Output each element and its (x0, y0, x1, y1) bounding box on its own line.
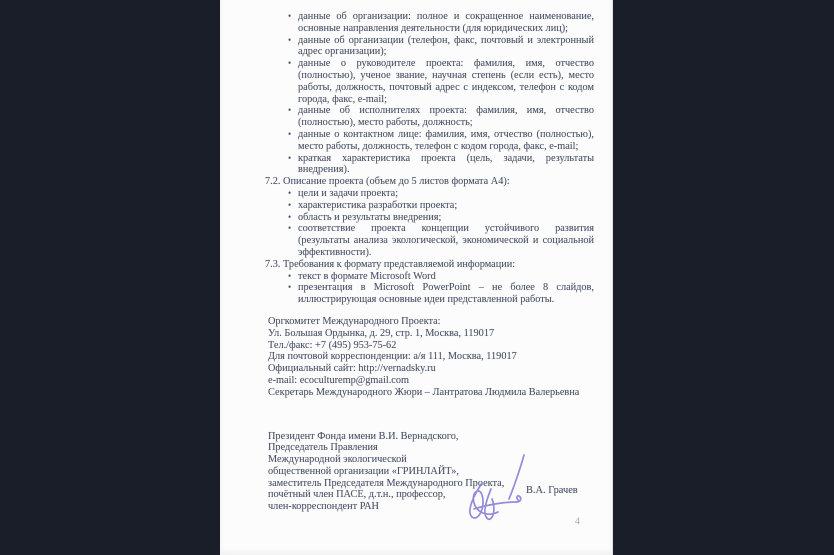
handwritten-signature-icon (458, 451, 536, 523)
contact-line: Ул. Большая Ордынка, д. 29, стр. 1, Моск… (268, 328, 594, 340)
bullet-marker-icon: • (288, 153, 291, 165)
list-item: •краткая характеристика проекта (цель, з… (288, 153, 594, 177)
list-item-text: область и результаты внедрения; (298, 212, 441, 223)
signatory-line: Международной экологической (268, 454, 594, 466)
list-item: •данные об организации: полное и сокраще… (288, 11, 594, 35)
bullet-marker-icon: • (288, 200, 291, 212)
contact-line: Тел./факс: +7 (495) 953-75-62 (268, 340, 594, 352)
requirements-list: •данные об организации: полное и сокраще… (265, 11, 594, 176)
signatory-line: член-корреспондент РАН (268, 501, 594, 513)
page-number: 4 (575, 517, 580, 527)
list-item-text: характеристика разработки проекта; (298, 200, 457, 211)
list-item: •цели и задачи проекта; (288, 188, 594, 200)
signatory-line: Президент Фонда имени В.И. Вернадского, (268, 431, 594, 443)
list-item-text: данные о контактном лице: фамилия, имя, … (298, 129, 594, 152)
viewer-backdrop: •данные об организации: полное и сокраще… (0, 0, 834, 555)
signatory-line: Председатель Правления (268, 442, 594, 454)
list-item: •данные об исполнителях проекта: фамилия… (288, 105, 594, 129)
section-7-3-list: •текст в формате Microsoft Word •презент… (265, 271, 594, 306)
section-7-2-heading: 7.2. Описание проекта (объем до 5 листов… (265, 176, 594, 188)
bullet-marker-icon: • (288, 129, 291, 141)
bullet-marker-icon: • (288, 58, 291, 70)
signer-name: В.А. Грачев (526, 485, 578, 496)
list-item-text: текст в формате Microsoft Word (298, 271, 436, 282)
list-item: •область и результаты внедрения; (288, 212, 594, 224)
list-item-text: краткая характеристика проекта (цель, за… (298, 153, 594, 176)
bullet-marker-icon: • (288, 271, 291, 283)
bullet-marker-icon: • (288, 188, 291, 200)
list-item: •презентация в Microsoft PowerPoint – не… (288, 282, 594, 306)
contact-line: Секретарь Международного Жюри – Лантрато… (268, 387, 594, 399)
list-item: •текст в формате Microsoft Word (288, 271, 594, 283)
bullet-marker-icon: • (288, 282, 291, 294)
signatory-block: Президент Фонда имени В.И. Вернадского, … (268, 431, 594, 514)
list-item: •характеристика разработки проекта; (288, 200, 594, 212)
list-item: •соответствие проекта концепции устойчив… (288, 223, 594, 258)
list-item-text: цели и задачи проекта; (298, 188, 398, 199)
contact-block: Оргкомитет Международного Проекта: Ул. Б… (268, 316, 594, 399)
contact-line: Для почтовой корреспонденции: а/я 111, М… (268, 351, 594, 363)
document-content: •данные об организации: полное и сокраще… (220, 0, 612, 513)
bullet-marker-icon: • (288, 212, 291, 224)
list-item-text: данные об организации: полное и сокращен… (298, 11, 594, 34)
section-7-3-heading: 7.3. Требования к формату представляемой… (265, 259, 594, 271)
bullet-marker-icon: • (288, 35, 291, 47)
list-item-text: данные о руководителе проекта: фамилия, … (298, 58, 594, 104)
contact-line: e-mail: ecoculturemp@gmail.com (268, 375, 594, 387)
bullet-marker-icon: • (288, 11, 291, 23)
contact-line: Оргкомитет Международного Проекта: (268, 316, 594, 328)
signatory-line: общественной организации «ГРИНЛАЙТ», (268, 466, 594, 478)
list-item-text: данные об организации (телефон, факс, по… (298, 35, 594, 58)
list-item-text: данные об исполнителях проекта: фамилия,… (298, 105, 594, 128)
list-item: •данные о руководителе проекта: фамилия,… (288, 58, 594, 105)
document-page: •данные об организации: полное и сокраще… (220, 0, 613, 555)
list-item: •данные об организации (телефон, факс, п… (288, 35, 594, 59)
list-item-text: соответствие проекта концепции устойчиво… (298, 223, 594, 258)
contact-line: Официальный сайт: http://vernadsky.ru (268, 363, 594, 375)
bullet-marker-icon: • (288, 223, 291, 235)
list-item-text: презентация в Microsoft PowerPoint – не … (298, 282, 594, 305)
section-7-2-list: •цели и задачи проекта; •характеристика … (265, 188, 594, 259)
list-item: •данные о контактном лице: фамилия, имя,… (288, 129, 594, 153)
bullet-marker-icon: • (288, 105, 291, 117)
